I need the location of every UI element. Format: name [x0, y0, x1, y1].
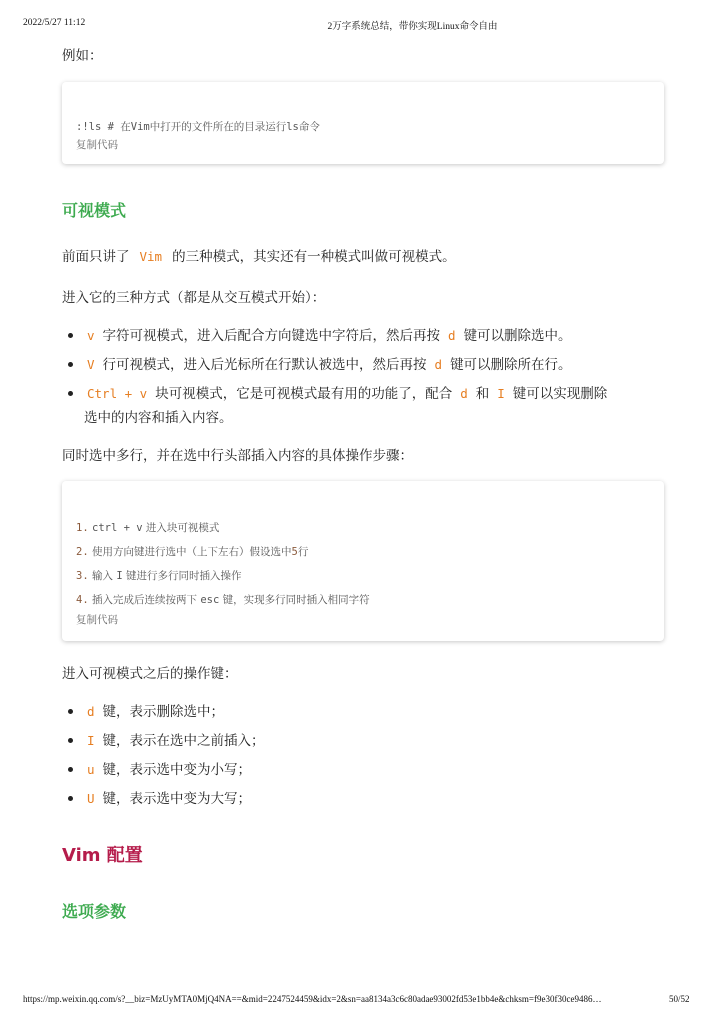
list-item: u键，表示选中变为小写； — [68, 758, 251, 778]
code-line: 3. 输入 I 键进行多行同时插入操作 — [76, 568, 242, 583]
bullet-icon — [68, 767, 73, 772]
code-line: 1. ctrl + v 进入块可视模式 — [76, 520, 219, 535]
list-item: v字符可视模式，进入后配合方向键选中字符后，然后再按d键可以删除选中。 — [68, 324, 572, 344]
subheading-options: 选项参数 — [62, 899, 126, 922]
list-item: U键，表示选中变为大写； — [68, 787, 251, 807]
bullet-icon — [68, 738, 73, 743]
print-title: 2万字系统总结，带你实现Linux命令自由 — [0, 18, 725, 32]
paragraph-keys-intro: 进入可视模式之后的操作键： — [62, 662, 238, 682]
code-line: 4. 插入完成后连续按两下 esc 键，实现多行同时插入相同字符 — [76, 592, 370, 607]
bullet-icon — [68, 391, 73, 396]
list-item: Ctrl + v块可视模式，它是可视模式最有用的功能了，配合d和I键可以实现删除 — [68, 382, 607, 402]
paragraph-steps-intro: 同时选中多行，并在选中行头部插入内容的具体操作步骤： — [62, 444, 413, 464]
print-footer: https://mp.weixin.qq.com/s?__biz=MzUyMTA… — [0, 994, 725, 1008]
list-item-continuation: 选中的内容和插入内容。 — [84, 406, 233, 426]
print-header: 2022/5/27 11:12 2万字系统总结，带你实现Linux命令自由 — [0, 18, 725, 32]
code-block-2: 1. ctrl + v 进入块可视模式 2. 使用方向键进行选中（上下左右）假设… — [62, 481, 664, 641]
copy-code-button[interactable]: 复制代码 — [76, 612, 118, 627]
list-item: d键，表示删除选中； — [68, 700, 224, 720]
list-item: V行可视模式，进入后光标所在行默认被选中，然后再按d键可以删除所在行。 — [68, 353, 572, 373]
code-line: :!ls # 在Vim中打开的文件所在的目录运行ls命令 — [76, 119, 320, 134]
page-number: 50/52 — [669, 994, 690, 1004]
section-heading-vim-config: Vim 配置 — [62, 841, 143, 867]
bullet-icon — [68, 709, 73, 714]
paragraph-ways: 进入它的三种方式（都是从交互模式开始）： — [62, 286, 325, 306]
code-line: 2. 使用方向键进行选中（上下左右）假设选中5行 — [76, 544, 308, 559]
inline-code: Vim — [130, 249, 173, 264]
intro-text: 例如： — [62, 44, 103, 64]
paragraph-visual-intro: 前面只讲了Vim的三种模式，其实还有一种模式叫做可视模式。 — [62, 245, 456, 265]
list-item: I键，表示在选中之前插入； — [68, 729, 265, 749]
bullet-icon — [68, 796, 73, 801]
code-block-1: :!ls # 在Vim中打开的文件所在的目录运行ls命令 复制代码 — [62, 82, 664, 164]
bullet-icon — [68, 362, 73, 367]
section-heading-visual-mode: 可视模式 — [62, 198, 126, 221]
bullet-icon — [68, 333, 73, 338]
page-url: https://mp.weixin.qq.com/s?__biz=MzUyMTA… — [23, 994, 601, 1004]
copy-code-button[interactable]: 复制代码 — [76, 137, 118, 152]
